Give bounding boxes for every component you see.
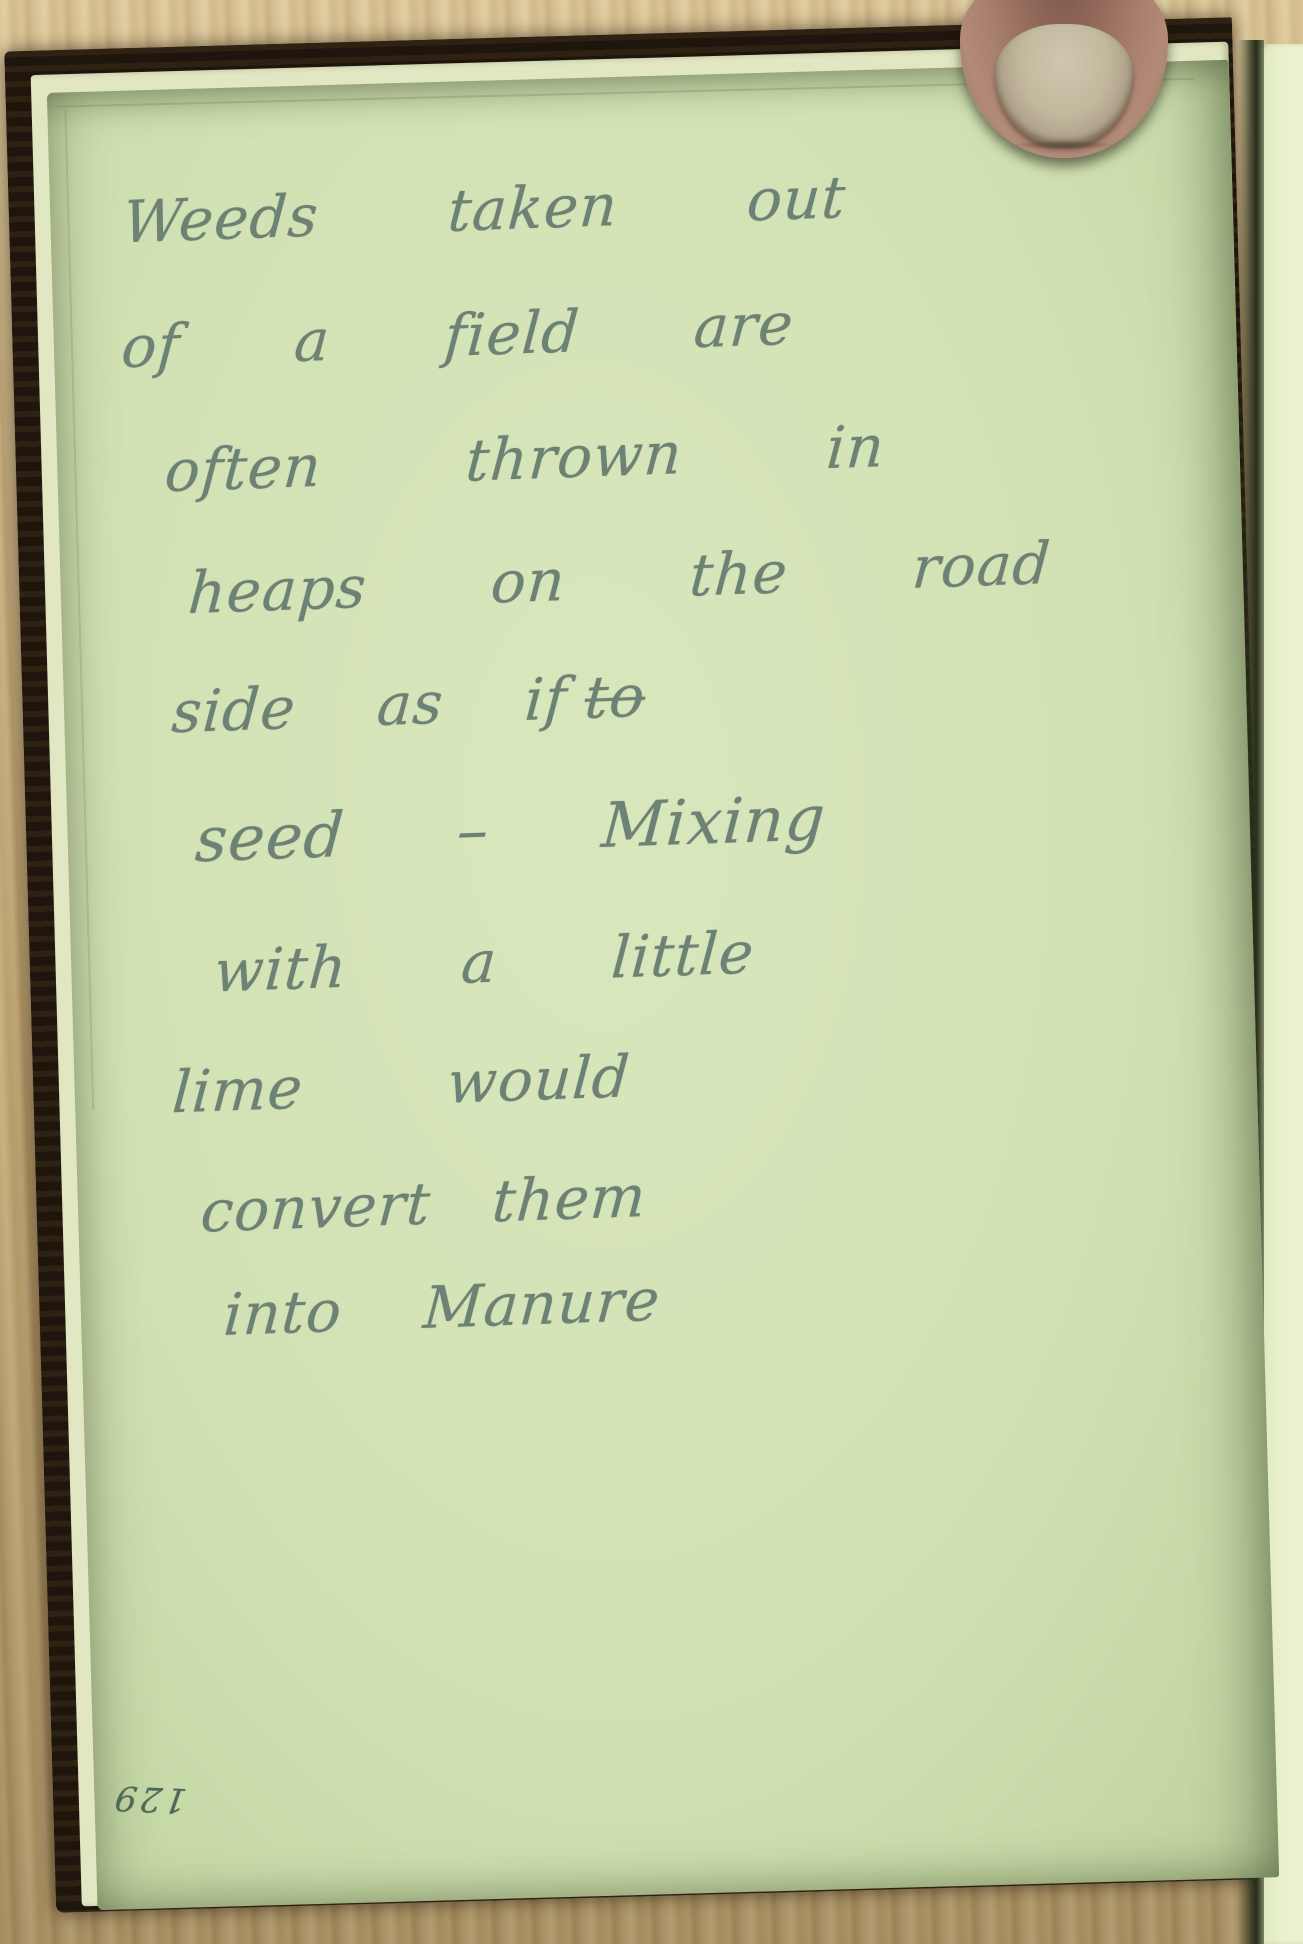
line-text: heaps on the road — [186, 529, 1053, 627]
line-text: of a field are — [119, 290, 796, 382]
handwritten-line: lime would — [171, 1047, 633, 1121]
line-text: often thrown in — [163, 412, 887, 505]
line-text: seed – Mixing — [193, 781, 828, 876]
handwritten-line: of a field are — [120, 295, 796, 377]
handwritten-line: heaps on the road — [187, 534, 1053, 622]
notebook-page: Weeds taken out of a field are often thr… — [47, 60, 1279, 1910]
line-text: side as if — [170, 664, 570, 746]
handwritten-line: often thrown in — [163, 417, 887, 500]
handwritten-line: seed – Mixing — [193, 787, 827, 871]
handwritten-line: convert them — [199, 1167, 648, 1241]
handwritten-line: Weeds taken out — [121, 168, 848, 251]
struck-word: to — [583, 662, 648, 732]
thumb — [960, 0, 1168, 158]
handwritten-line: with a little — [212, 923, 756, 1000]
line-text: into Manure — [222, 1266, 663, 1349]
line-text: convert them — [199, 1162, 649, 1246]
handwritten-line: side as ifto — [170, 667, 647, 742]
line-text: Weeds taken out — [121, 163, 848, 256]
notebook-photo: Weeds taken out of a field are often thr… — [0, 0, 1303, 1944]
page-number: 129 — [110, 1777, 190, 1820]
line-text: lime would — [170, 1042, 632, 1126]
handwritten-line: into Manure — [222, 1271, 662, 1344]
line-text: with a little — [212, 918, 757, 1005]
